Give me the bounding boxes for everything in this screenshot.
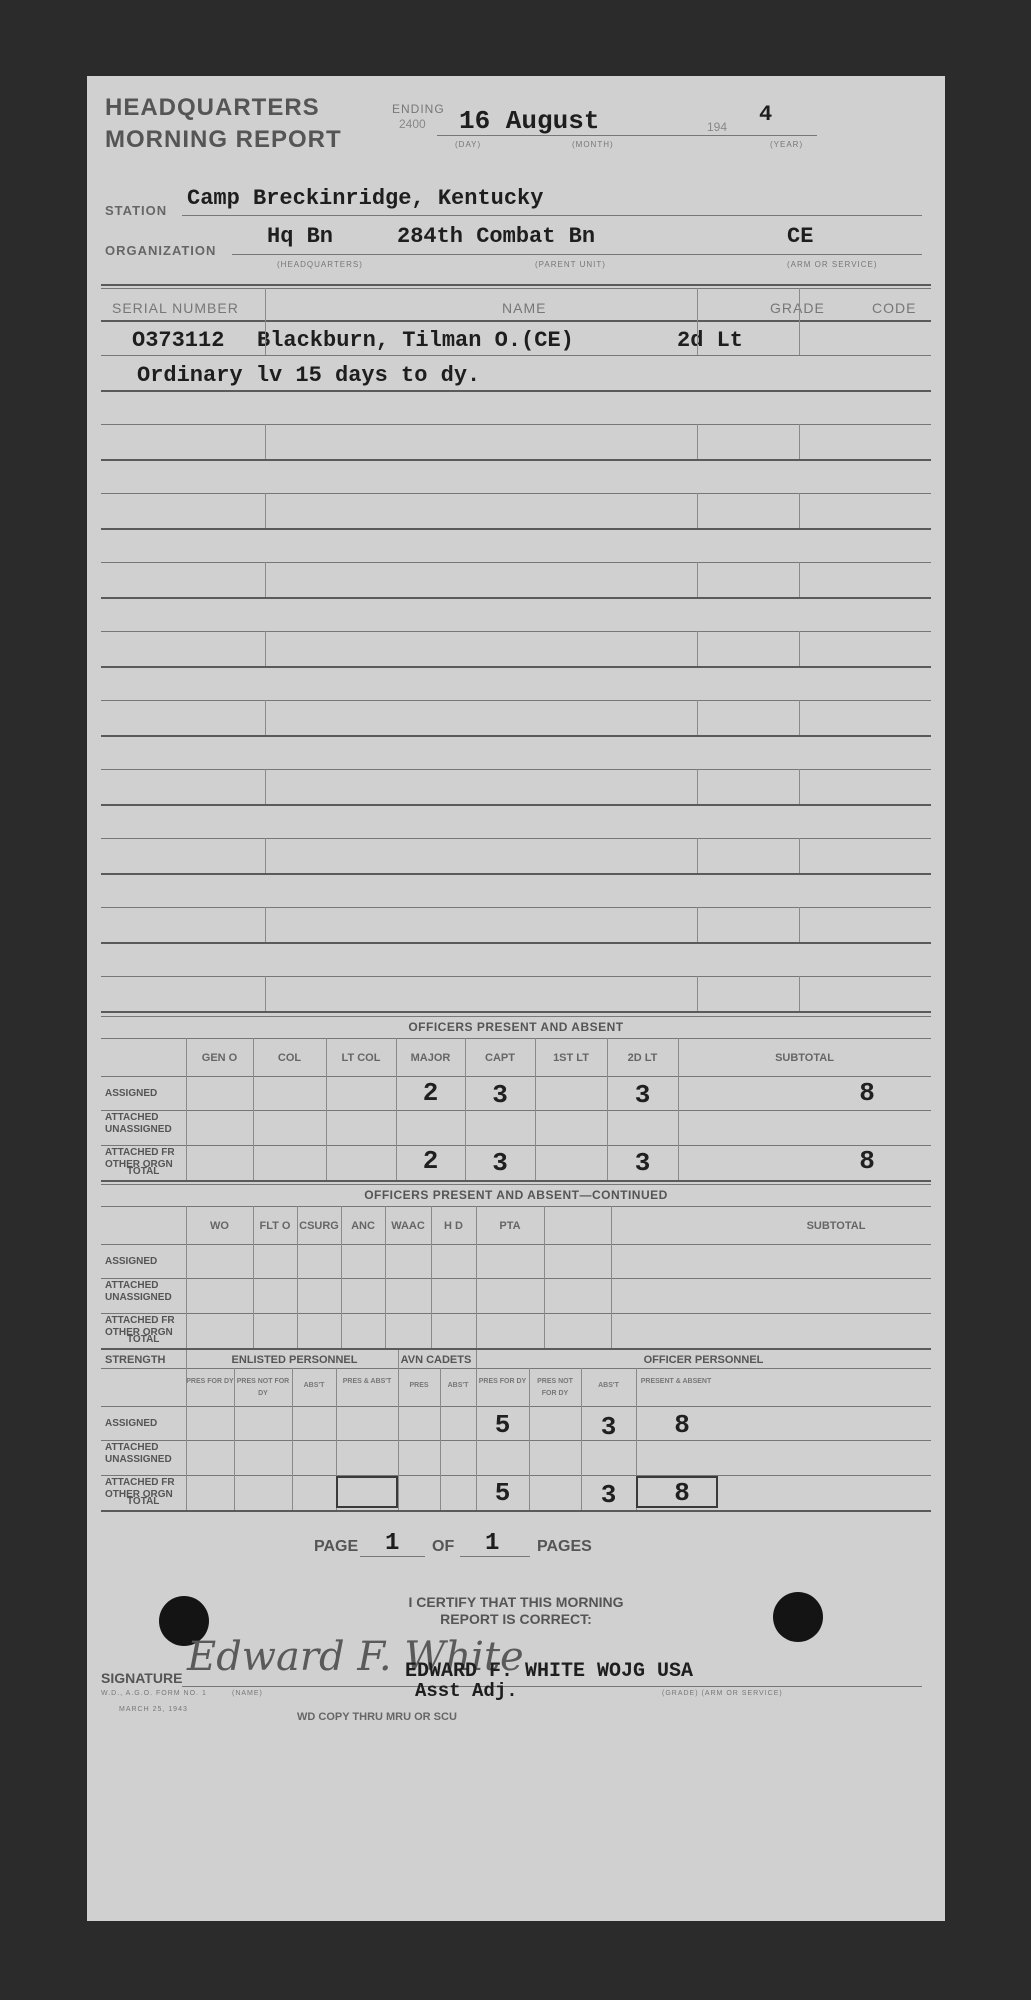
parent-caption: (PARENT UNIT) (535, 260, 606, 269)
ending-time: 2400 (399, 117, 426, 131)
cont-col-flt-o: FLT O (253, 1220, 297, 1232)
station-value: Camp Breckinridge, Kentucky (187, 186, 543, 211)
str-col-avn-pres: PRES (398, 1382, 440, 1389)
cont-col-csurg: CSURG (297, 1220, 341, 1232)
str-assigned-off-present-absent: 8 (647, 1410, 717, 1440)
officers-row-attached-unassigned: ATTACHED UNASSIGNED (105, 1112, 185, 1136)
str-total-off-pres-for-dy: 5 (476, 1478, 529, 1508)
group-enlisted: ENLISTED PERSONNEL (193, 1354, 396, 1366)
str-total-off-abst: 3 (581, 1480, 636, 1510)
signature-label: SIGNATURE (101, 1670, 182, 1686)
entry-remark: Ordinary lv 15 days to dy. (137, 363, 480, 388)
officers-assigned-2d-lt: 3 (607, 1080, 678, 1110)
col-serial-number: SERIAL NUMBER (112, 300, 239, 316)
officers-col-2d-lt: 2D LT (607, 1052, 678, 1064)
arm-caption: (ARM OR SERVICE) (787, 260, 878, 269)
entry-grade: 2d Lt (677, 328, 743, 353)
certify-line2: REPORT IS CORRECT: (87, 1611, 945, 1627)
org-parent-unit: 284th Combat Bn (397, 224, 595, 249)
str-col-off-present-absent: PRESENT & ABSENT (636, 1376, 716, 1388)
col-grade: GRADE (770, 300, 825, 316)
str-col-abst: ABS'T (292, 1382, 336, 1389)
ending-label: ENDING (392, 102, 445, 116)
officers-total-capt: 3 (465, 1148, 535, 1178)
officers-total-major: 2 (396, 1146, 465, 1176)
organization-label: ORGANIZATION (105, 243, 216, 258)
form-date: MARCH 25, 1943 (119, 1706, 188, 1713)
str-assigned-off-pres-for-dy: 5 (476, 1410, 529, 1440)
entry-serial: O373112 (132, 328, 224, 353)
str-col-pres-abst: PRES & ABS'T (336, 1376, 398, 1388)
morning-report-form: HEADQUARTERS MORNING REPORT ENDING 2400 … (87, 76, 945, 1921)
form-title-line2: MORNING REPORT (105, 126, 342, 154)
officers-col-gen-o: GEN O (186, 1052, 253, 1064)
officers-row-total: TOTAL (127, 1166, 159, 1178)
cont-col-anc: ANC (341, 1220, 385, 1232)
hq-caption: (HEADQUARTERS) (277, 260, 363, 269)
col-name: NAME (502, 300, 546, 316)
cont-row-assigned: ASSIGNED (105, 1256, 157, 1268)
str-row-total: TOTAL (127, 1496, 159, 1508)
page-label: PAGE (314, 1538, 358, 1556)
group-officer-personnel: OFFICER PERSONNEL (476, 1354, 931, 1366)
year-prefix: 194 (707, 120, 727, 134)
officer-total-box (636, 1476, 718, 1508)
page-number: 1 (385, 1530, 399, 1557)
cont-row-attached-unassigned: ATTACHED UNASSIGNED (105, 1280, 185, 1304)
form-number: W.D., A.G.O. FORM NO. 1 (101, 1690, 207, 1697)
officers-total-subtotal: 8 (847, 1146, 887, 1176)
col-code: CODE (872, 300, 916, 316)
entry-name: Blackburn, Tilman O.(CE) (257, 328, 574, 353)
month-caption: (MONTH) (572, 140, 614, 149)
grade-caption: (GRADE) (ARM OR SERVICE) (662, 1690, 783, 1697)
name-caption: (NAME) (232, 1690, 263, 1697)
str-row-assigned: ASSIGNED (105, 1418, 157, 1430)
org-headquarters: Hq Bn (267, 224, 333, 249)
str-row-attached-unassigned: ATTACHED UNASSIGNED (105, 1442, 185, 1466)
cont-row-total: TOTAL (127, 1334, 159, 1346)
pages-label: PAGES (537, 1538, 592, 1556)
officers-col-capt: CAPT (465, 1052, 535, 1064)
day-caption: (DAY) (455, 140, 481, 149)
copy-note: WD COPY THRU MRU OR SCU (297, 1711, 457, 1723)
str-col-pres-not-for-dy: PRES NOT FOR DY (234, 1376, 292, 1400)
officers-col-lt-col: LT COL (326, 1052, 396, 1064)
officers-assigned-subtotal: 8 (847, 1078, 887, 1108)
cont-col-wo: WO (186, 1220, 253, 1232)
str-assigned-off-abst: 3 (581, 1412, 636, 1442)
officers-row-assigned: ASSIGNED (105, 1088, 157, 1100)
total-pages: 1 (485, 1530, 499, 1557)
cont-col-waac: WAAC (385, 1220, 431, 1232)
officers-total-2d-lt: 3 (607, 1148, 678, 1178)
str-col-off-pres-for-dy: PRES FOR DY (476, 1376, 529, 1388)
cont-col-subtotal: SUBTOTAL (611, 1220, 931, 1232)
cont-col-hd: H D (431, 1220, 476, 1232)
strength-label: STRENGTH (105, 1354, 166, 1366)
str-col-off-pres-not-for-dy: PRES NOT FOR DY (529, 1376, 581, 1400)
report-year: 4 (759, 102, 772, 127)
signer-title: Asst Adj. (415, 1680, 518, 1702)
str-col-off-abst: ABS'T (581, 1382, 636, 1389)
officers-assigned-capt: 3 (465, 1080, 535, 1110)
org-arm-of-service: CE (787, 224, 813, 249)
officers-table-title: OFFICERS PRESENT AND ABSENT (87, 1020, 945, 1034)
cont-col-pta: PTA (476, 1220, 544, 1232)
officers-assigned-major: 2 (396, 1078, 465, 1108)
certify-line1: I CERTIFY THAT THIS MORNING (87, 1594, 945, 1610)
officers-col-col: COL (253, 1052, 326, 1064)
str-col-pres-for-dy: PRES FOR DY (186, 1376, 234, 1388)
enlisted-total-box (336, 1476, 398, 1508)
station-label: STATION (105, 203, 167, 218)
group-avn-cadets: AVN CADETS (398, 1354, 474, 1366)
report-date: 16 August (459, 106, 599, 136)
officers-continued-title: OFFICERS PRESENT AND ABSENT—CONTINUED (87, 1188, 945, 1202)
str-col-avn-abst: ABS'T (440, 1382, 476, 1389)
officers-col-subtotal: SUBTOTAL (678, 1052, 931, 1064)
officers-col-1st-lt: 1ST LT (535, 1052, 607, 1064)
officers-col-major: MAJOR (396, 1052, 465, 1064)
form-title-line1: HEADQUARTERS (105, 94, 320, 122)
year-caption: (YEAR) (770, 140, 803, 149)
of-label: OF (432, 1538, 454, 1556)
